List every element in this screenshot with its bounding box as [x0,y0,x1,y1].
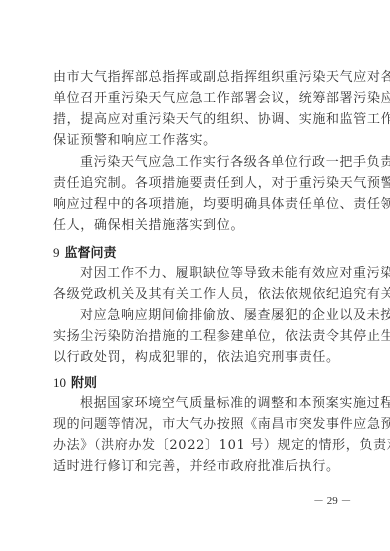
section-number: 9 [53,245,60,260]
paragraph-line: 办法》（洪府办发〔2022〕101 号）规定的情形，负责对本预案 [53,438,343,454]
paragraph-line: 单位召开重污染天气应急工作部署会议，统筹部署污染应急举 [53,91,343,107]
paragraph-line: 任人，确保相关措施落实到位。 [53,218,343,234]
document-page: 由市大气指挥部总指挥或副总指挥组织重污染天气应对各成员 单位召开重污染天气应急工… [0,0,390,551]
section-heading-10: 10附则 [53,375,97,392]
paragraph-line: 根据国家环境空气质量标准的调整和本预案实施过程中发 [80,396,370,412]
paragraph-line: 实扬尘污染防治措施的工程参建单位，依法责令其停止生产，予 [53,329,343,345]
section-title: 监督问责 [65,246,117,261]
paragraph-line: 以行政处罚，构成犯罪的，依法追究刑事责任。 [53,350,343,366]
paragraph-line: 责任追究制。各项措施要责任到人，对于重污染天气预警及应急 [53,176,343,192]
paragraph-line: 适时进行修订和完善，并经市政府批准后执行。 [53,459,343,475]
paragraph-line: 各级党政机关及其有关工作人员，依法依规依纪追究有关责任。 [53,287,343,303]
section-heading-9: 9监督问责 [53,245,117,262]
paragraph-line: 对因工作不力、履职缺位等导致未能有效应对重污染天气的 [80,266,370,282]
page-number: － 29 － [313,494,352,508]
paragraph-line: 重污染天气应急工作实行各级各单位行政一把手负责制和 [80,155,370,171]
paragraph-line: 现的问题等情况，市大气办按照《南昌市突发事件应急预案管理 [53,417,343,433]
paragraph-line: 措，提高应对重污染天气的组织、协调、实施和监管工作质效， [53,112,343,128]
section-number: 10 [53,375,66,390]
paragraph-line: 保证预警和响应工作落实。 [53,133,343,149]
paragraph-line: 响应过程中的各项措施，均要明确具体责任单位、责任领导、责 [53,197,343,213]
paragraph-line: 由市大气指挥部总指挥或副总指挥组织重污染天气应对各成员 [53,70,343,86]
section-title: 附则 [71,376,97,391]
paragraph-line: 对应急响应期间偷排偷放、屡查屡犯的企业以及未按要求落 [80,308,370,324]
